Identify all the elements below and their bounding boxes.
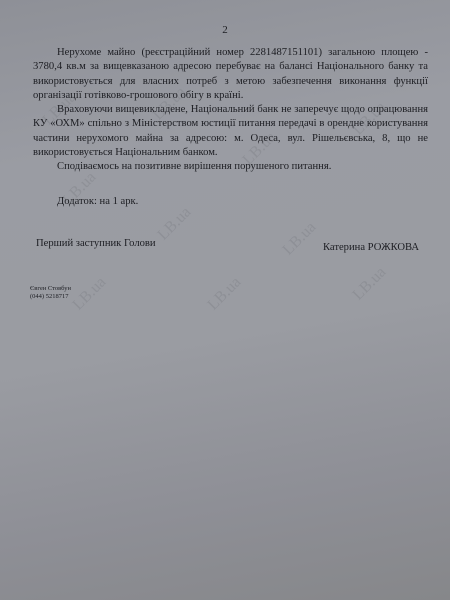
executor-block: Євген Стовбун (044) 5218717: [30, 285, 71, 301]
watermark: LB.ua: [204, 274, 245, 315]
page-number: 2: [0, 24, 450, 36]
watermark: LB.ua: [279, 219, 320, 260]
watermark: LB.ua: [69, 274, 110, 315]
attachment-note: Додаток: на 1 арк.: [57, 196, 138, 207]
watermark: LB.ua: [154, 204, 195, 245]
signatory-title: Перший заступник Голови: [36, 238, 156, 249]
executor-phone: (044) 5218717: [30, 293, 71, 301]
executor-name: Євген Стовбун: [30, 285, 71, 293]
document-page: LB.ua LB.ua LB.ua LB.ua LB.ua LB.ua LB.u…: [0, 0, 450, 600]
letter-body: Нерухоме майно (реєстраційний номер 2281…: [33, 46, 428, 175]
paragraph-decision: Враховуючи вищевикладене, Національний б…: [33, 103, 428, 160]
watermark: LB.ua: [349, 264, 390, 305]
paragraph-closing: Сподіваємось на позитивне вирішення пору…: [33, 160, 428, 174]
paragraph-property: Нерухоме майно (реєстраційний номер 2281…: [33, 46, 428, 103]
signatory-name: Катерина РОЖКОВА: [323, 242, 419, 253]
